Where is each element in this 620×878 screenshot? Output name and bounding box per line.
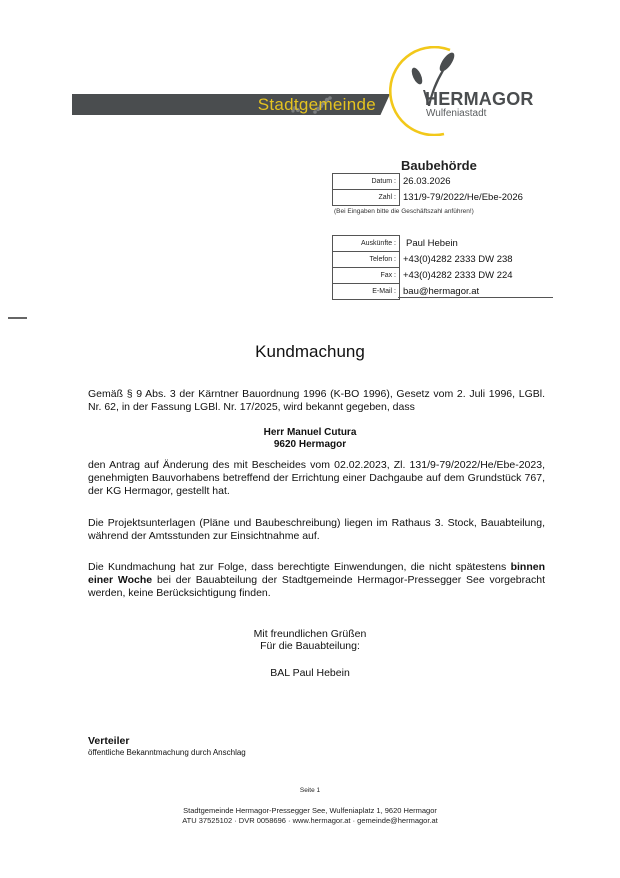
consequence-text-after: bei der Bauabteilung der Stadtgemeinde H… (88, 574, 545, 599)
contact-row: Auskünfte : Paul Hebein (333, 236, 514, 252)
intro-paragraph: Gemäß § 9 Abs. 3 der Kärntner Bauordnung… (88, 388, 545, 414)
file-number-value: 131/9-79/2022/He/Ebe-2026 (400, 190, 523, 206)
recipient-name: Herr Manuel Cutura (0, 427, 620, 439)
email-label: E-Mail : (333, 284, 400, 300)
fax-label: Fax : (333, 268, 400, 284)
file-number-label: Zahl : (333, 190, 400, 206)
inspection-paragraph: Die Projektsunterlagen (Pläne und Baubes… (88, 517, 545, 543)
consequence-text-before: Die Kundmachung hat zur Folge, dass bere… (88, 561, 506, 573)
distribution-item: öffentliche Bekanntmachung durch Anschla… (88, 748, 246, 757)
date-label: Datum : (333, 174, 400, 190)
fax-value: +43(0)4282 2333 DW 224 (400, 268, 514, 284)
logo-subtitle: Wulfeniastadt (426, 108, 486, 119)
banner-text: Stadtgemeinde (258, 94, 376, 115)
contact-row: Telefon : +43(0)4282 2333 DW 238 (333, 252, 514, 268)
authority-name: Baubehörde (401, 158, 477, 173)
contact-person-label: Auskünfte : (333, 236, 400, 252)
closing-department: Für die Bauabteilung: (0, 640, 620, 652)
fold-mark (8, 317, 27, 319)
page-number: Seite 1 (0, 787, 620, 794)
closing-block: Mit freundlichen Grüßen Für die Bauabtei… (0, 628, 620, 652)
contact-person-value: Paul Hebein (400, 236, 514, 252)
consequence-paragraph: Die Kundmachung hat zur Folge, dass bere… (88, 561, 545, 600)
phone-value: +43(0)4282 2333 DW 238 (400, 252, 514, 268)
distribution-title: Verteiler (88, 735, 129, 747)
reference-row-number: Zahl : 131/9-79/2022/He/Ebe-2026 (333, 190, 523, 206)
application-paragraph: den Antrag auf Änderung des mit Bescheid… (88, 459, 545, 498)
header-banner: Stadtgemeinde (72, 94, 390, 115)
contact-row: Fax : +43(0)4282 2333 DW 224 (333, 268, 514, 284)
signer-name: BAL Paul Hebein (0, 667, 620, 679)
footer-identifiers: ATU 37525102 · DVR 0058696 · www.hermago… (0, 816, 620, 826)
contact-table-underline (398, 297, 553, 298)
closing-greeting: Mit freundlichen Grüßen (0, 628, 620, 640)
reference-hint: (Bei Eingaben bitte die Geschäftszahl an… (334, 208, 474, 215)
reference-table: Datum : 26.03.2026 Zahl : 131/9-79/2022/… (332, 173, 523, 206)
date-value: 26.03.2026 (400, 174, 523, 190)
footer: Stadtgemeinde Hermagor-Pressegger See, W… (0, 806, 620, 826)
contact-table: Auskünfte : Paul Hebein Telefon : +43(0)… (332, 235, 514, 300)
recipient-block: Herr Manuel Cutura 9620 Hermagor (0, 427, 620, 451)
phone-label: Telefon : (333, 252, 400, 268)
recipient-city: 9620 Hermagor (0, 439, 620, 451)
document-title: Kundmachung (0, 342, 620, 362)
footer-address: Stadtgemeinde Hermagor-Pressegger See, W… (0, 806, 620, 816)
reference-row-date: Datum : 26.03.2026 (333, 174, 523, 190)
logo-title: HERMAGOR (425, 89, 534, 110)
